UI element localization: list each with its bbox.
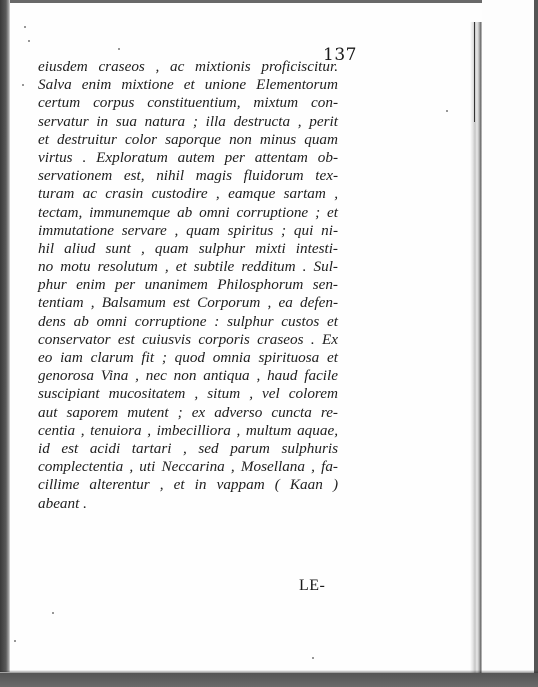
text-line: eiusdem craseos , ac mixtionis proficisc… bbox=[38, 58, 338, 76]
text-line: eo iam clarum fit ; quod omnia spirituos… bbox=[38, 349, 338, 367]
speck bbox=[28, 40, 30, 42]
text-line: servationem est, nihil magis fluidorum t… bbox=[38, 167, 338, 185]
text-line: certum corpus constituentium, mixtum con… bbox=[38, 94, 338, 112]
text-line: phur enim per unanimem Philosphorum sen- bbox=[38, 276, 338, 294]
speck bbox=[14, 640, 16, 642]
text-line: immutatione servare , quam spiritus ; qu… bbox=[38, 222, 338, 240]
text-line: suscipiant mucositatem , situm , vel col… bbox=[38, 385, 338, 403]
facing-page-edge bbox=[482, 0, 534, 673]
text-line: cillime alterentur , et in vappam ( Kaan… bbox=[38, 476, 338, 494]
scan-left-edge bbox=[0, 0, 10, 672]
text-line: dens ab omni corruptione : sulphur custo… bbox=[38, 313, 338, 331]
text-line: no motu resolutum , et subtile redditum … bbox=[38, 258, 338, 276]
text-line: tectam, immunemque ab omni corruptione ;… bbox=[38, 204, 338, 222]
text-line: tentiam , Balsamum est Corporum , ea def… bbox=[38, 294, 338, 312]
book-gutter bbox=[470, 22, 482, 676]
speck bbox=[24, 26, 26, 28]
text-line: id est acidi tartari , sed parum sulphur… bbox=[38, 440, 338, 458]
text-line: servatur in sua natura ; illa destructa … bbox=[38, 113, 338, 131]
text-line: conservator est cuiusvis corporis craseo… bbox=[38, 331, 338, 349]
catchword: LE- bbox=[299, 577, 325, 595]
text-line: et destruitur color saporque non minus q… bbox=[38, 131, 338, 149]
scan-top-edge bbox=[0, 0, 538, 3]
speck bbox=[118, 48, 120, 50]
body-text: eiusdem craseos , ac mixtionis proficisc… bbox=[38, 58, 338, 513]
text-line: aut saporem mutent ; ex adverso cuncta r… bbox=[38, 404, 338, 422]
text-line: centia , tenuiora , imbecilliora , multu… bbox=[38, 422, 338, 440]
text-line: turam ac crasin custodire , eamque sarta… bbox=[38, 185, 338, 203]
speck bbox=[312, 657, 314, 659]
text-line: complectentia , uti Neccarina , Mosellan… bbox=[38, 458, 338, 476]
scan-right-edge bbox=[534, 0, 538, 687]
text-line: virtus . Exploratum autem per attentam o… bbox=[38, 149, 338, 167]
scan-bottom-edge bbox=[0, 673, 538, 687]
text-line: abeant . bbox=[38, 495, 338, 513]
speck bbox=[52, 612, 54, 614]
text-line: hil aliud sunt , quam sulphur mixti inte… bbox=[38, 240, 338, 258]
scanned-page: 137 eiusdem craseos , ac mixtionis profi… bbox=[0, 0, 538, 687]
gutter-line bbox=[474, 22, 475, 122]
text-line: genorosa Vina , nec non antiqua , haud f… bbox=[38, 367, 338, 385]
speck bbox=[22, 84, 24, 86]
speck bbox=[446, 110, 448, 112]
text-line: Salva enim mixtione et unione Elementoru… bbox=[38, 76, 338, 94]
